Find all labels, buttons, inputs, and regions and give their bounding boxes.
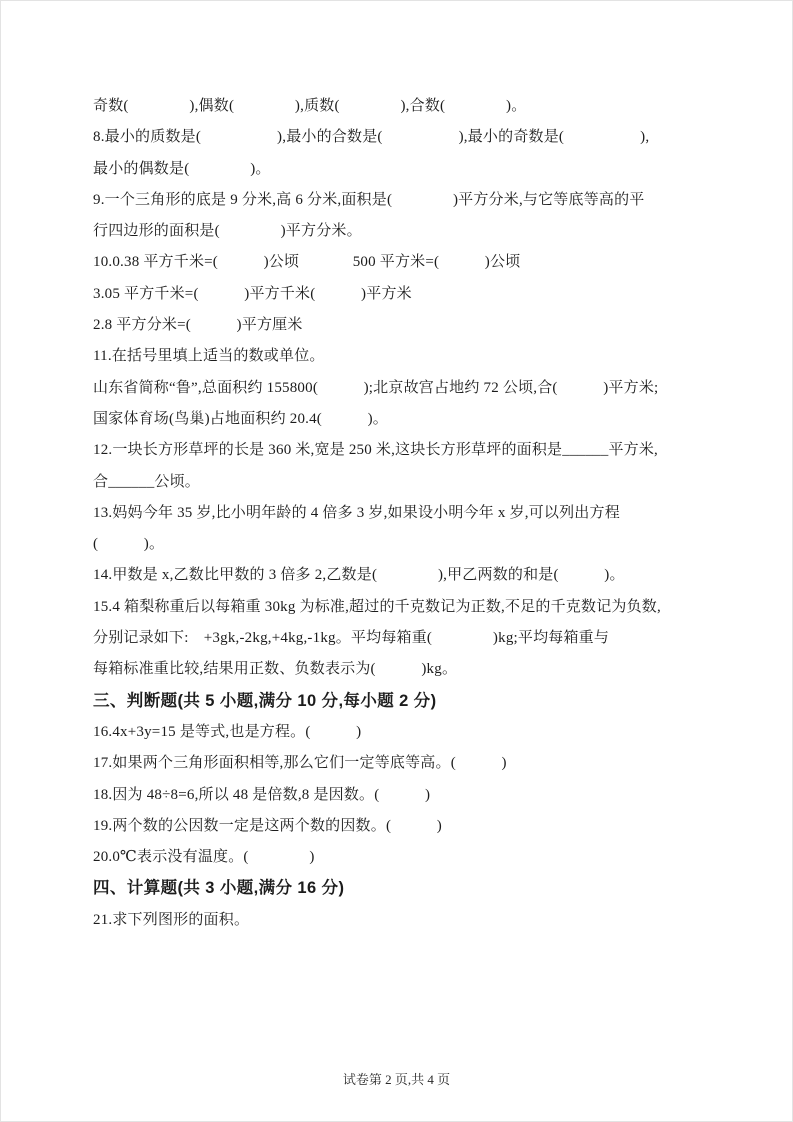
exam-paper-page: 奇数( ),偶数( ),质数( ),合数( )。 8.最小的质数是( ),最小的… [0, 0, 793, 1122]
question-11-line-1: 11.在括号里填上适当的数或单位。 [93, 341, 718, 372]
question-10-line-2: 3.05 平方千米=( )平方千米( )平方米 [93, 279, 718, 310]
question-18: 18.因为 48÷8=6,所以 48 是倍数,8 是因数。( ) [93, 780, 718, 811]
question-8-line-2: 最小的偶数是( )。 [93, 154, 718, 185]
question-10-line-1: 10.0.38 平方千米=( )公顷 500 平方米=( )公顷 [93, 247, 718, 278]
question-11-line-2: 山东省简称“鲁”,总面积约 155800( );北京故宫占地约 72 公顷,合(… [93, 373, 718, 404]
question-8-line-1: 8.最小的质数是( ),最小的合数是( ),最小的奇数是( ), [93, 122, 718, 153]
question-10-line-3: 2.8 平方分米=( )平方厘米 [93, 310, 718, 341]
question-11-line-3: 国家体育场(鸟巢)占地面积约 20.4( )。 [93, 404, 718, 435]
question-17: 17.如果两个三角形面积相等,那么它们一定等底等高。( ) [93, 748, 718, 779]
question-12-line-2: 合______公顷。 [93, 467, 718, 498]
question-14: 14.甲数是 x,乙数比甲数的 3 倍多 2,乙数是( ),甲乙两数的和是( )… [93, 560, 718, 591]
section-heading-judgment: 三、判断题(共 5 小题,满分 10 分,每小题 2 分) [93, 686, 718, 717]
question-7-tail: 奇数( ),偶数( ),质数( ),合数( )。 [93, 91, 718, 122]
exam-body: 奇数( ),偶数( ),质数( ),合数( )。 8.最小的质数是( ),最小的… [93, 91, 718, 936]
page-footer: 试卷第 2 页,共 4 页 [1, 1069, 792, 1088]
question-9-line-1: 9.一个三角形的底是 9 分米,高 6 分米,面积是( )平方分米,与它等底等高… [93, 185, 718, 216]
question-21: 21.求下列图形的面积。 [93, 905, 718, 936]
question-12-line-1: 12.一块长方形草坪的长是 360 米,宽是 250 米,这块长方形草坪的面积是… [93, 435, 718, 466]
question-13-line-2: ( )。 [93, 529, 718, 560]
question-15-line-3: 每箱标准重比较,结果用正数、负数表示为( )kg。 [93, 654, 718, 685]
question-9-line-2: 行四边形的面积是( )平方分米。 [93, 216, 718, 247]
question-19: 19.两个数的公因数一定是这两个数的因数。( ) [93, 811, 718, 842]
question-20: 20.0℃表示没有温度。( ) [93, 842, 718, 873]
question-15-line-1: 15.4 箱梨称重后以每箱重 30kg 为标准,超过的千克数记为正数,不足的千克… [93, 592, 718, 623]
question-16: 16.4x+3y=15 是等式,也是方程。( ) [93, 717, 718, 748]
question-15-line-2: 分别记录如下: +3gk,-2kg,+4kg,-1kg。平均每箱重( )kg;平… [93, 623, 718, 654]
section-heading-calculation: 四、计算题(共 3 小题,满分 16 分) [93, 873, 718, 904]
question-13-line-1: 13.妈妈今年 35 岁,比小明年龄的 4 倍多 3 岁,如果设小明今年 x 岁… [93, 498, 718, 529]
